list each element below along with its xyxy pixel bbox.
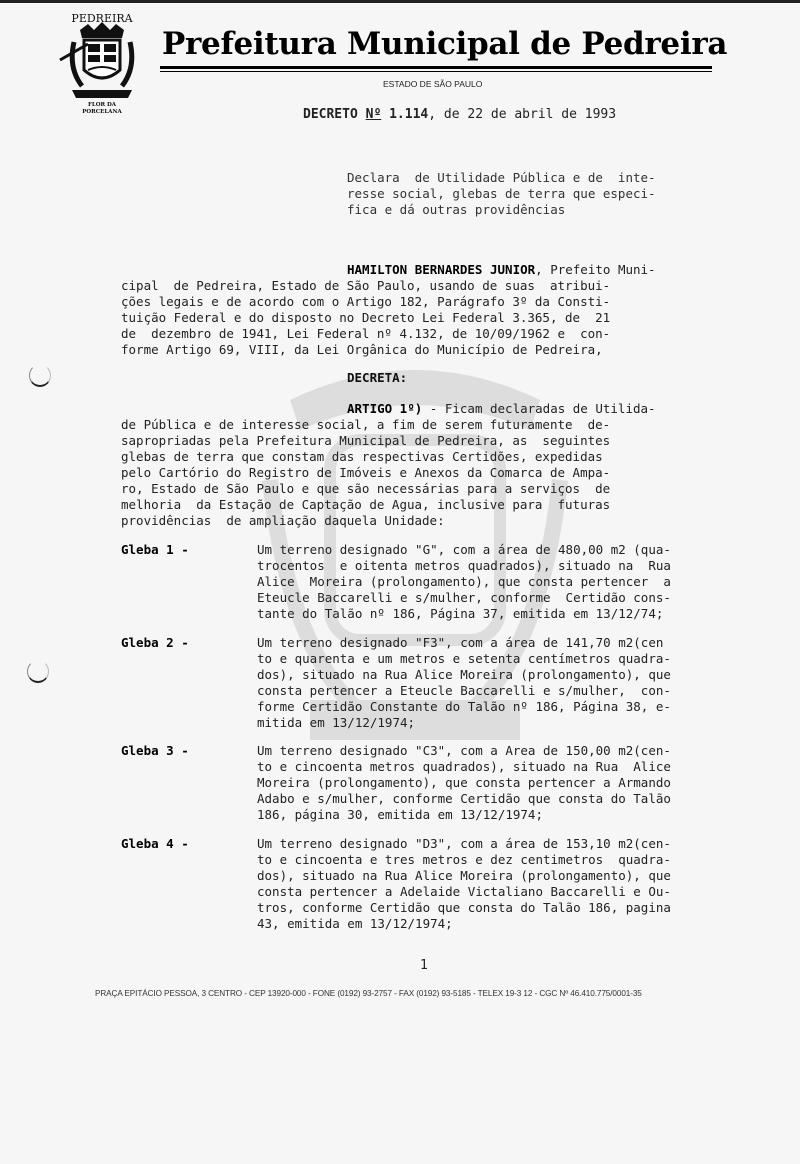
gleba-label: Gleba 4 - (121, 836, 189, 852)
decree-prefix: DECRETO (303, 107, 358, 122)
letterhead-footer-address: PRAÇA EPITÁCIO PESSOA, 3 CENTRO - CEP 13… (95, 989, 642, 998)
letterhead-title: Prefeitura Municipal de Pedreira (162, 26, 727, 62)
punch-hole-mark (29, 364, 51, 387)
municipal-coat-of-arms-logo: PEDREIRA FLOR DA PORCELANA (58, 8, 146, 116)
gleba-text: Um terreno designado "C3", com a Area de… (257, 743, 737, 823)
article-1-text: de Pública e de interesse social, a fim … (121, 417, 610, 528)
letterhead-rule-thin (160, 71, 712, 72)
decree-number: 1.114 (389, 107, 428, 122)
scan-top-edge (0, 0, 800, 3)
article-1-text-first: - Ficam declaradas de Utilida- (422, 401, 655, 416)
article-1-paragraph: ARTIGO 1º) - Ficam declaradas de Utilida… (121, 401, 737, 529)
gleba-text: Um terreno designado "D3", com a área de… (257, 836, 737, 932)
decree-number-label: Nº (366, 107, 382, 122)
preamble-text: cipal de Pedreira, Estado de São Paulo, … (121, 278, 610, 357)
preamble-text-first: , Prefeito Muni- (535, 262, 655, 277)
letterhead-rule (160, 66, 712, 69)
gleba-text: Um terreno designado "F3", com a área de… (257, 635, 737, 731)
gleba-text: Um terreno designado "G", com a área de … (257, 542, 737, 622)
decreta-heading: DECRETA: (347, 370, 407, 385)
page-number: 1 (420, 958, 428, 973)
mayor-name: HAMILTON BERNARDES JUNIOR (347, 262, 535, 277)
gleba-label: Gleba 3 - (121, 743, 189, 759)
svg-text:FLOR DA: FLOR DA (88, 102, 117, 108)
article-1-label: ARTIGO 1º) (347, 401, 422, 416)
letterhead-state: ESTADO DE SÃO PAULO (383, 79, 482, 89)
punch-hole-mark (27, 660, 49, 683)
svg-text:PORCELANA: PORCELANA (82, 109, 122, 115)
gleba-label: Gleba 2 - (121, 635, 189, 651)
decree-heading: DECRETO Nº 1.114, de 22 de abril de 1993 (303, 107, 616, 122)
preamble-paragraph: HAMILTON BERNARDES JUNIOR, Prefeito Muni… (121, 262, 737, 358)
decree-date: , de 22 de abril de 1993 (428, 107, 616, 122)
decree-summary: Declara de Utilidade Pública e de inte- … (347, 170, 737, 218)
gleba-label: Gleba 1 - (121, 542, 189, 558)
